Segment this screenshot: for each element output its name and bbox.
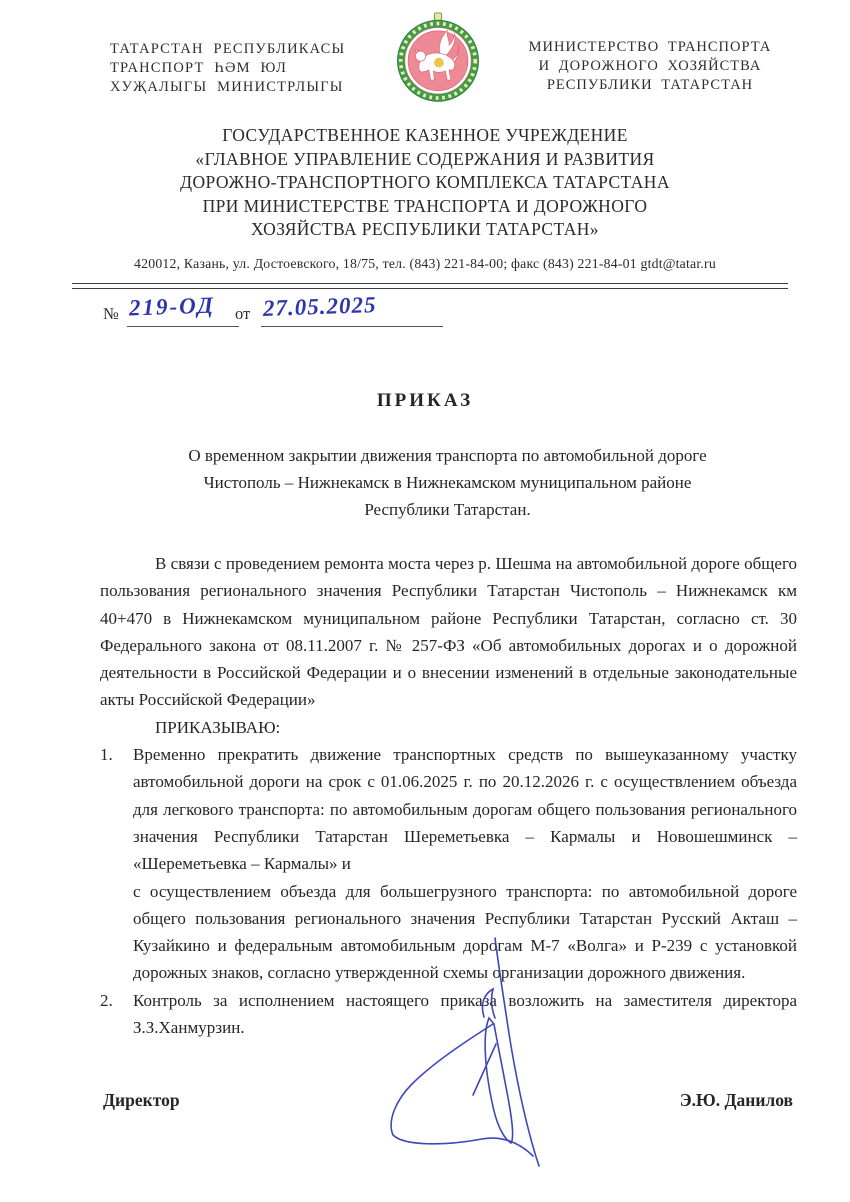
decree-word: ПРИКАЗЫВАЮ: [100, 714, 797, 741]
handwritten-document-number: 219-ОД [129, 293, 216, 322]
order-subject-line: Чистополь – Нижнекамск в Нижнекамском му… [100, 469, 795, 496]
number-sign-label: № [103, 304, 119, 324]
organisation-name: ГОСУДАРСТВЕННОЕ КАЗЕННОЕ УЧРЕЖДЕНИЕ «ГЛА… [70, 124, 780, 242]
contact-address-line: 420012, Казань, ул. Достоевского, 18/75,… [30, 256, 820, 272]
document-requisites: № 219-ОД от 27.05.2025 [103, 296, 523, 336]
signature-block: Директор Э.Ю. Данилов [103, 1090, 793, 1111]
order-item-number: 2. [100, 987, 133, 1042]
letterhead-tatar-line: ХУҖАЛЫГЫ МИНИСТРЛЫГЫ [110, 78, 380, 97]
order-subject-line: О временном закрытии движения транспорта… [100, 442, 795, 469]
date-underline [261, 326, 443, 327]
organisation-name-line: «ГЛАВНОЕ УПРАВЛЕНИЕ СОДЕРЖАНИЯ И РАЗВИТИ… [70, 148, 780, 172]
date-preposition-label: от [235, 304, 250, 324]
handwritten-document-date: 27.05.2025 [263, 292, 377, 322]
letterhead-russian-line: МИНИСТЕРСТВО ТРАНСПОРТА [500, 38, 800, 57]
letterhead-russian-block: МИНИСТЕРСТВО ТРАНСПОРТА И ДОРОЖНОГО ХОЗЯ… [500, 38, 800, 95]
letterhead-divider [72, 283, 788, 289]
order-subject: О временном закрытии движения транспорта… [100, 442, 795, 523]
order-item-number: 1. [100, 741, 133, 987]
letterhead-russian-line: РЕСПУБЛИКИ ТАТАРСТАН [500, 76, 800, 95]
letterhead-tatar-line: ТРАНСПОРТ ҺӘМ ЮЛ [110, 59, 380, 78]
signer-name: Э.Ю. Данилов [680, 1090, 793, 1111]
order-document-page: ТАТАРСТАН РЕСПУБЛИКАСЫ ТРАНСПОРТ ҺӘМ ЮЛ … [0, 0, 850, 1202]
letterhead-tatar-line: ТАТАРСТАН РЕСПУБЛИКАСЫ [110, 40, 380, 59]
letterhead-russian-line: И ДОРОЖНОГО ХОЗЯЙСТВА [500, 57, 800, 76]
director-signature-ink [372, 932, 572, 1172]
order-title: ПРИКАЗ [70, 390, 780, 412]
letterhead-tatar-block: ТАТАРСТАН РЕСПУБЛИКАСЫ ТРАНСПОРТ ҺӘМ ЮЛ … [110, 40, 380, 97]
organisation-name-line: ГОСУДАРСТВЕННОЕ КАЗЕННОЕ УЧРЕЖДЕНИЕ [70, 124, 780, 148]
number-underline [127, 326, 239, 327]
organisation-name-line: ХОЗЯЙСТВА РЕСПУБЛИКИ ТАТАРСТАН» [70, 218, 780, 242]
order-item-paragraph: Временно прекратить движение транспортны… [133, 741, 797, 877]
order-subject-line: Республики Татарстан. [100, 496, 795, 523]
signer-position: Директор [103, 1090, 180, 1111]
organisation-name-line: ДОРОЖНО-ТРАНСПОРТНОГО КОМПЛЕКСА ТАТАРСТА… [70, 171, 780, 195]
order-intro-paragraph: В связи с проведением ремонта моста чере… [100, 550, 797, 714]
organisation-name-line: ПРИ МИНИСТЕРСТВЕ ТРАНСПОРТА И ДОРОЖНОГО [70, 195, 780, 219]
tatarstan-coat-of-arms-icon [392, 12, 484, 104]
